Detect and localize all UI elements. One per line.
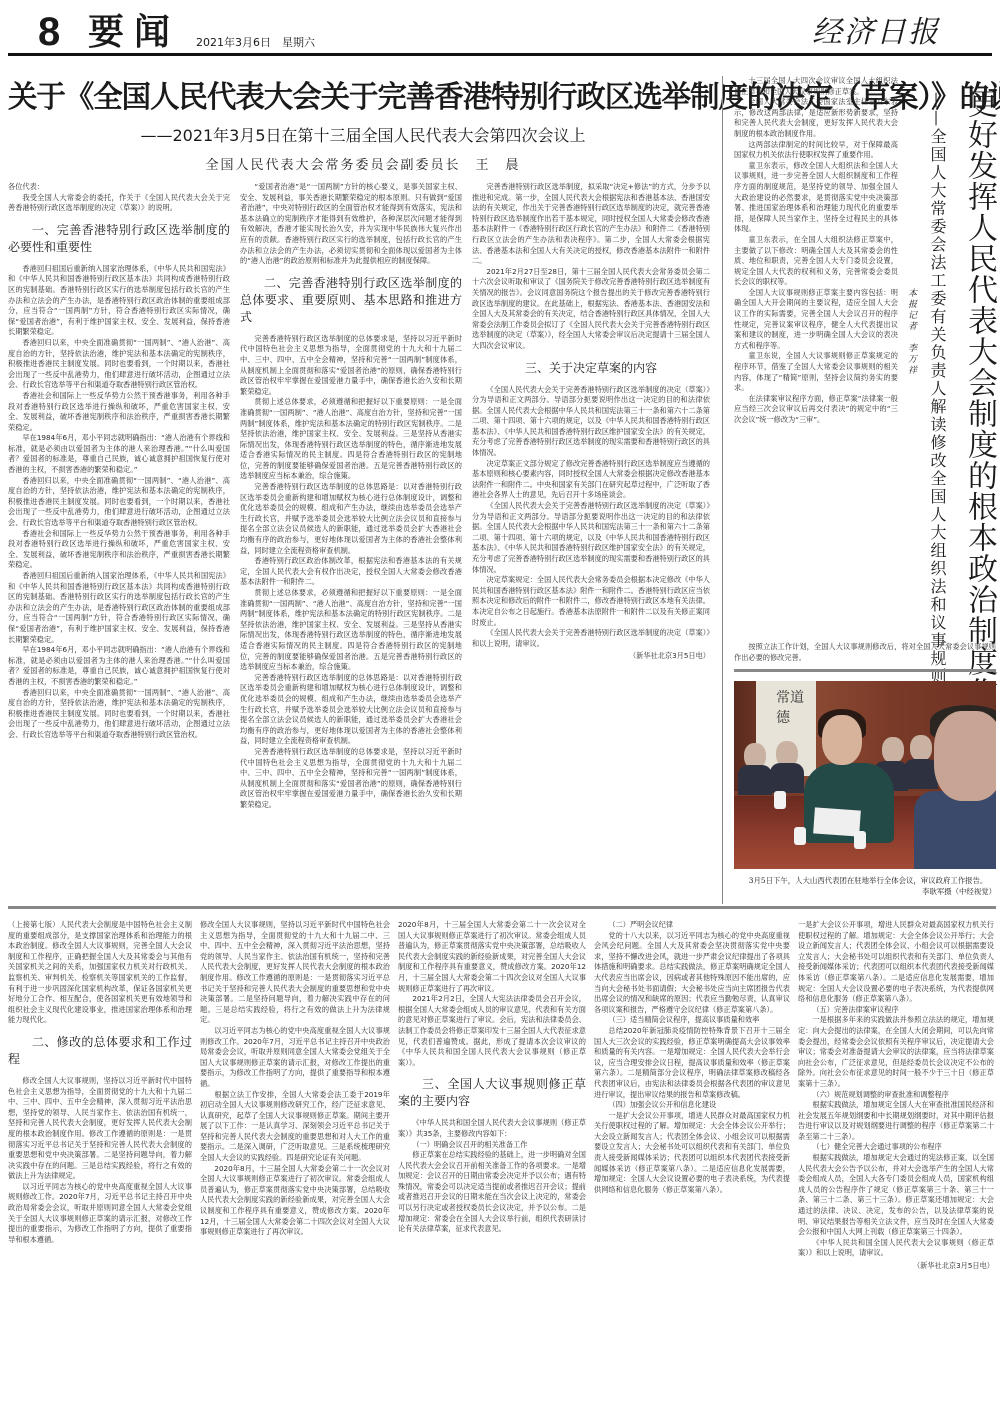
masthead: 8 要闻 2021年3月6日 星期六 经济日报 [0,0,1000,56]
body-paragraph: 贯彻上述总体要求，必须遵循和把握好以下重要原则：一是全面准确贯彻“一国两制”、“… [240,588,462,673]
body-paragraph: 早在1984年6月，邓小平同志就明确指出：“港人治港有个界线和标准，就是必须由以… [8,645,230,687]
body-paragraph: 全国人大常委会法工委国家法室主任童卫东表示，修改这两部法律，是适应新形势新要求，… [734,97,898,139]
main-article-column-1: 各位代表： 我受全国人大常委会的委托，作关于《全国人民代表大会关于完善香港特别行… [8,182,230,904]
body-paragraph: 香港回归祖国后重新纳入国家治理体系，《中华人民共和国宪法》和《中华人民共和国香港… [8,571,230,645]
photo-credit: 李耿军摄（中经视觉） [922,886,996,897]
side-article-body-wide: 按照立法工作计划，全国人大议事规则修改后，将对全国人大常委会议事规则作出必要的修… [734,642,996,666]
body-paragraph: 决定草案规定：全国人民代表大会常务委员会根据本决定修改《中华人民共和国香港特别行… [472,575,710,628]
body-paragraph: 《全国人民代表大会关于完善香港特别行政区选举制度的决定（草案）》分为导语和正文两… [472,385,710,459]
continuation-paragraph: （上接第七版）人民代表大会制度是中国特色社会主义制度的重要组成部分，是支撑国家治… [8,920,192,1026]
subsection-heading: （四）加强会议公开和信息化建设 [594,1100,790,1111]
body-paragraph: 香港回归以来，中央全面准确贯彻“一国两制”、“港人治港”、高度自治的方针，坚持依… [8,338,230,391]
body-paragraph: 童卫东表示，修改全国人大组织法和全国人大议事规则，进一步完善全国人大组织制度和工… [734,161,898,235]
body-paragraph: 《中华人民共和国全国人民代表大会议事规则（修正草案）》和以上说明，请审议。 [798,1238,994,1259]
dateline: （新华社北京3月5日电） [798,1261,994,1272]
body-paragraph: 党的十八大以来，以习近平同志为核心的党中央高度重视会风会纪问题。全国人大及其常委… [594,931,790,1016]
caption-text: 3月5日下午，人大山西代表团在驻地举行全体会议，审议政府工作报告。 [734,876,987,885]
body-paragraph: 以习近平同志为核心的党中央高度重视全国人大议事规则修改工作。2020年7月，习近… [200,1026,390,1090]
body-paragraph: 贯彻上述总体要求，必须遵循和把握好以下重要原则：一是全面准确贯彻“一国两制”、“… [240,397,462,482]
body-paragraph: 香港社会和国际上一些反华势力公然干预香港事务，利用各种手段对香港特别行政区选举进… [8,391,230,433]
subsection-heading: （三）适当精简会议程序，提高议事质量和效率 [594,1015,790,1026]
lower-article-column-5: 一是扩大会议公开事项，增进人民群众对最高国家权力机关行使职权过程的了解。增加规定… [798,920,994,1412]
subsection-heading: （一）明确会议召开的相关准备工作 [398,1140,586,1151]
body-paragraph: 修改全国人大议事规则，坚持以习近平新时代中国特色社会主义思想为指导，全面贯彻党的… [8,1076,192,1182]
body-paragraph: 这两部法律制定的时间比较早，对于保障最高国家权力机关依法行使职权发挥了重要作用。 [734,140,898,161]
body-paragraph: 香港回归祖国后重新纳入国家治理体系，《中华人民共和国宪法》和《中华人民共和国香港… [8,264,230,338]
body-paragraph: 香港回归以来，中央全面准确贯彻“一国两制”、“港人治港”、高度自治的方针，坚持依… [8,476,230,529]
main-subheadline: ——2021年3月5日在第十三届全国人民代表大会第四次会议上 [8,126,718,146]
section-heading: 二、修改的总体要求和工作过程 [8,1034,192,1068]
main-headline: 关于《全国人民代表大会关于完善香港特别行政区选举制度的决定（草案）》的说明 [8,78,704,118]
section-heading: 三、全国人大议事规则修正草案的主要内容 [398,1076,586,1110]
body-paragraph: 童卫东表示，在全国人大组织法修正草案中，主要做了以下修改：明确全国人大及其常委会… [734,235,898,288]
body-paragraph: 完善香港特别行政区选举制度的总体要求是，坚持以习近平新时代中国特色社会主义思想为… [240,334,462,398]
body-paragraph: 童卫东说，全国人大议事规则修正草案规定的程序环节，借鉴了全国人大常委会议事规则的… [734,351,898,393]
lower-article-column-2: 修改全国人大议事规则，坚持以习近平新时代中国特色社会主义思想为指导，全面贯彻党的… [200,920,390,1412]
masthead-divider [8,53,992,56]
body-paragraph: 香港特别行政区政治体制改革，根据宪法和香港基本法的有关规定，全国人民代表大会有权… [240,556,462,588]
page-number: 8 [38,12,60,52]
issue-date: 2021年3月6日 星期六 [196,36,315,50]
intro-paragraph: 我受全国人大常委会的委托，作关于《全国人民代表大会关于完善香港特别行政区选举制度… [8,193,230,214]
body-paragraph: 决定草案正文部分规定了修改完善香港特别行政区选举制度应当遵循的基本原则和核心要素… [472,459,710,501]
dateline: （新华社北京3月5日电） [472,651,710,662]
body-paragraph: 修正草案在总结实践经验的基础上，进一步明确对全国人民代表大会会议召开前相关准备工… [398,1150,586,1235]
subsection-heading: （六）规范规划调整的审查批准和调整程序 [798,1090,994,1101]
salutation: 各位代表： [8,182,230,193]
body-paragraph: 完善香港特别行政区选举制度，拟采取“决定+修法”的方式，分步予以推进和完成。第一… [472,182,710,267]
body-paragraph: 全国人大议事规则修正草案主要内容包括：明确全国人大开会期间的主要议程，适应全国人… [734,288,898,352]
body-paragraph: 完善香港特别行政区选举制度的总体思路是：以对香港特别行政区选举委员会重新构建和增… [240,482,462,556]
subsection-heading: （五）完善法律案审议程序 [798,1005,994,1016]
body-paragraph: 一是扩大会议公开事项，增进人民群众对最高国家权力机关行使职权过程的了解。增加规定… [594,1111,790,1196]
body-paragraph: 香港社会和国际上一些反华势力公然干预香港事务，利用各种手段对香港特别行政区选举进… [8,529,230,571]
main-byline: 全国人民代表大会常务委员会副委员长 王 晨 [8,158,718,174]
side-article-reporter: 本报记者 李万祥 [900,288,918,376]
body-paragraph: 在法律案审议程序方面，修正草案“法律案一般应当经三次会议审议后再交付表决”的规定… [734,394,898,426]
body-paragraph: 早在1984年6月，邓小平同志就明确指出：“港人治港有个界线和标准，就是必须由以… [8,433,230,475]
main-article-column-3: 完善香港特别行政区选举制度，拟采取“决定+修法”的方式，分步予以推进和完成。第一… [472,182,710,904]
subsection-heading: （二）严明会议纪律 [594,920,790,931]
body-paragraph: 以习近平同志为核心的党中央高度重视全国人大议事规则修改工作。2020年7月，习近… [8,1182,192,1246]
body-paragraph: 根据实践做法，增加规定大会通过的宪法修正案，以全国人民代表大会公告予以公布，并对… [798,1153,994,1238]
body-paragraph: 一是根据多年来的实践做法并参照立法法的规定，增加规定：向大会提出的法律案，在全国… [798,1015,994,1089]
section-divider [8,906,996,909]
body-paragraph: 按照立法工作计划，全国人大议事规则修改后，将对全国人大常委会议事规则作出必要的修… [734,642,996,663]
body-paragraph: “爱国者治港”是“一国两制”方针的核心要义，是事关国家主权、安全、发展利益，事关… [240,182,462,267]
body-paragraph: 根据立法工作安排，全国人大常委会法工委于2019年初启动全国人大议事规则修改研究… [200,1090,390,1164]
body-paragraph: 2020年8月，十三届全国人大常委会第二十一次会议对全国人大议事规则修正草案进行… [200,1164,390,1238]
body-paragraph: 根据实践做法，增加规定全国人大在审查批准国民经济和社会发展五年规划纲要和中长期规… [798,1100,994,1142]
section-heading: 二、完善香港特别行政区选举制度的总体要求、重要原则、基本思路和推进方式 [240,275,462,326]
section-name: 要闻 [88,12,180,52]
body-paragraph: 香港回归以来，中央全面准确贯彻“一国两制”、“港人治港”、高度自治的方针，坚持依… [8,688,230,741]
body-paragraph: 完善香港特别行政区选举制度的总体要求是，坚持以习近平新时代中国特色社会主义思想为… [240,747,462,811]
body-paragraph: 完善香港特别行政区选举制度的总体思路是：以对香港特别行政区选举委员会重新构建和增… [240,673,462,747]
subsection-heading: （七）健全完善大会通过事项的公布程序 [798,1142,994,1153]
section-heading: 一、完善香港特别行政区选举制度的必要性和重要性 [8,222,230,256]
body-paragraph: 2020年8月，十三届全国人大常委会第二十一次会议对全国人大议事规则修正草案进行… [398,920,586,994]
side-article-subtitle: ——全国人大常委会法工委有关负责人解读修改全国人大组织法和议事规则 [920,92,946,686]
lower-article-column-3: 2020年8月，十三届全国人大常委会第二十一次会议对全国人大议事规则修正草案进行… [398,920,586,1412]
main-article-column-2: “爱国者治港”是“一国两制”方针的核心要义，是事关国家主权、安全、发展利益，事关… [240,182,462,904]
column-divider [722,76,723,904]
newspaper-logo: 经济日报 [812,16,940,50]
body-paragraph: 2021年2月27日至28日，第十三届全国人民代表大会常务委员会第二十六次会议听… [472,267,710,352]
body-paragraph: 《全国人民代表大会关于完善香港特别行政区选举制度的决定（草案）》分为导语和正文两… [472,501,710,575]
photo-divider [734,669,996,672]
lower-article-column-4: （二）严明会议纪律 党的十八大以来，以习近平同志为核心的党中央高度重视会风会纪问… [594,920,790,1412]
lower-article-column-1: （上接第七版）人民代表大会制度是中国特色社会主义制度的重要组成部分，是支撑国家治… [8,920,192,1412]
body-paragraph: 《全国人民代表大会关于完善香港特别行政区选举制度的决定（草案）》和以上说明，请审… [472,628,710,649]
body-paragraph: 《中华人民共和国全国人民代表大会议事规则（修正草案）》共35条，主要修改内容如下… [398,1118,586,1139]
news-photo: 常道德 [734,681,996,869]
section-heading: 三、关于决定草案的内容 [472,360,710,377]
body-paragraph: 总结2020年新冠肺炎疫情防控特殊背景下召开十三届全国人大三次会议的实践经验，修… [594,1026,790,1100]
body-paragraph: 修改全国人大议事规则，坚持以习近平新时代中国特色社会主义思想为指导，全面贯彻党的… [200,920,390,1026]
body-paragraph: 2021年2月2日，全国人大宪法法律委员会召开会议，根据全国人大常委会组成人员的… [398,994,586,1068]
photo-caption: 3月5日下午，人大山西代表团在驻地举行全体会议，审议政府工作报告。 李耿军摄（中… [734,875,996,897]
side-article-body: 十三届全国人大四次会议审议全国人大组织法修正草案和全国人大议事规则修正草案。 全… [734,76,898,642]
body-paragraph: 十三届全国人大四次会议审议全国人大组织法修正草案和全国人大议事规则修正草案。 [734,76,898,97]
body-paragraph: 一是扩大会议公开事项，增进人民群众对最高国家权力机关行使职权过程的了解。增加规定… [798,920,994,1005]
